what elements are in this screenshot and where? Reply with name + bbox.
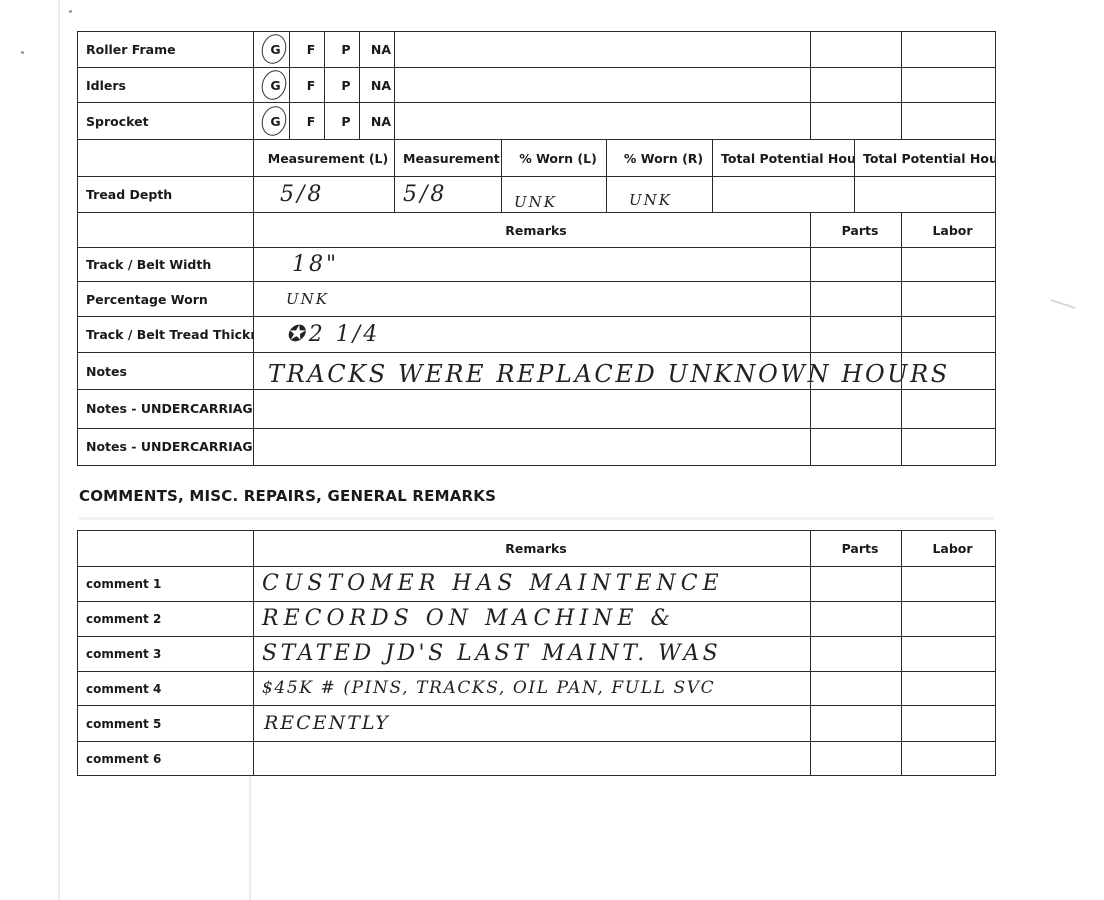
comment-parts-field[interactable] [811, 567, 902, 602]
labor-field[interactable] [902, 282, 996, 317]
comment-parts-field[interactable] [811, 706, 902, 742]
component-remarks[interactable] [395, 68, 811, 103]
comment-label: comment 5 [78, 706, 254, 742]
comments-section-title: COMMENTS, MISC. REPAIRS, GENERAL REMARKS [79, 487, 496, 505]
selected-circle-mark: G [270, 114, 280, 129]
scan-fold-line [58, 0, 60, 900]
labor-field[interactable] [902, 390, 996, 429]
rating-f[interactable]: F [290, 103, 325, 140]
rating-na[interactable]: NA [360, 68, 395, 103]
remarks-field[interactable]: ✪ 2 1/4 [254, 317, 811, 353]
total-potential-hours-r-field[interactable] [855, 177, 996, 213]
undercarriage-row: Percentage Worn UNK [78, 282, 996, 317]
component-row-sprocket: Sprocket G F P NA [78, 103, 996, 140]
rating-p[interactable]: P [325, 103, 360, 140]
tread-depth-label: Tread Depth [78, 177, 254, 213]
comment-row: comment 2 RECORDS ON MACHINE & [78, 602, 996, 637]
comment-label: comment 1 [78, 567, 254, 602]
labor-header: Labor [902, 531, 996, 567]
rating-f[interactable]: F [290, 68, 325, 103]
comment-remarks-field[interactable]: STATED JD'S LAST MAINT. WAS [254, 637, 811, 672]
labor-field[interactable] [902, 429, 996, 466]
comment-remarks-value: $45K # (PINS, TRACKS, OIL PAN, FULL SVC [262, 678, 715, 698]
remarks-header: Remarks [254, 531, 811, 567]
comment-remarks-field[interactable] [254, 742, 811, 776]
scribble-mark: ✪ [286, 322, 304, 347]
worn-l-field[interactable]: UNK [502, 177, 607, 213]
rating-g[interactable]: G [254, 68, 290, 103]
comment-label: comment 4 [78, 672, 254, 706]
rating-na[interactable]: NA [360, 103, 395, 140]
component-parts[interactable] [811, 32, 902, 68]
labor-header: Labor [902, 213, 996, 248]
comment-remarks-field[interactable]: CUSTOMER HAS MAINTENCE [254, 567, 811, 602]
measurement-header-row: Measurement (L) Measurement (R) % Worn (… [78, 140, 996, 177]
comment-parts-field[interactable] [811, 672, 902, 706]
rating-g[interactable]: G [254, 103, 290, 140]
labor-field[interactable] [902, 248, 996, 282]
rating-f[interactable]: F [290, 32, 325, 68]
comment-parts-field[interactable] [811, 637, 902, 672]
empty-label-cell [78, 531, 254, 567]
rating-na[interactable]: NA [360, 32, 395, 68]
worn-r-value: UNK [629, 191, 672, 209]
parts-field[interactable] [811, 429, 902, 466]
comment-labor-field[interactable] [902, 637, 996, 672]
parts-field[interactable] [811, 317, 902, 353]
comment-parts-field[interactable] [811, 742, 902, 776]
component-labor[interactable] [902, 103, 996, 140]
tread-depth-meas-r-field[interactable]: 5/8 [395, 177, 502, 213]
comment-labor-field[interactable] [902, 602, 996, 637]
component-labor[interactable] [902, 68, 996, 103]
total-potential-hours-l-field[interactable] [713, 177, 855, 213]
comment-row: comment 4 $45K # (PINS, TRACKS, OIL PAN,… [78, 672, 996, 706]
remarks-value: 2 1/4 [309, 322, 380, 347]
row-label: Track / Belt Width [78, 248, 254, 282]
comment-remarks-value: CUSTOMER HAS MAINTENCE [262, 571, 724, 596]
remarks-header: Remarks [254, 213, 811, 248]
component-labor[interactable] [902, 32, 996, 68]
component-label: Idlers [78, 68, 254, 103]
remarks-field[interactable]: 18" [254, 248, 811, 282]
comment-row: comment 5 RECENTLY [78, 706, 996, 742]
component-remarks[interactable] [395, 32, 811, 68]
rating-p[interactable]: P [325, 32, 360, 68]
component-label: Sprocket [78, 103, 254, 140]
scan-bleed-line [79, 517, 994, 520]
row-label: Track / Belt Tread Thickness [78, 317, 254, 353]
row-label: Percentage Worn [78, 282, 254, 317]
comment-row: comment 1 CUSTOMER HAS MAINTENCE [78, 567, 996, 602]
component-parts[interactable] [811, 68, 902, 103]
worn-l-header: % Worn (L) [502, 140, 607, 177]
comment-remarks-field[interactable]: RECENTLY [254, 706, 811, 742]
comment-remarks-value: RECENTLY [264, 712, 390, 734]
tread-depth-meas-l-field[interactable]: 5/8 [254, 177, 395, 213]
comment-labor-field[interactable] [902, 706, 996, 742]
remarks-field[interactable] [254, 390, 811, 429]
component-parts[interactable] [811, 103, 902, 140]
measurement-l-header: Measurement (L) [254, 140, 395, 177]
remarks-value: UNK [286, 290, 329, 308]
parts-field[interactable] [811, 390, 902, 429]
measurement-r-header: Measurement (R) [395, 140, 502, 177]
parts-header: Parts [811, 531, 902, 567]
scan-fold-line [249, 775, 251, 900]
comment-row: comment 3 STATED JD'S LAST MAINT. WAS [78, 637, 996, 672]
row-label: Notes - UNDERCARRIAGE 1 [78, 429, 254, 466]
comment-labor-field[interactable] [902, 672, 996, 706]
rating-g[interactable]: G [254, 32, 290, 68]
worn-r-header: % Worn (R) [607, 140, 713, 177]
comment-remarks-field[interactable]: RECORDS ON MACHINE & [254, 602, 811, 637]
comments-header-row: Remarks Parts Labor [78, 531, 996, 567]
component-row-roller-frame: Roller Frame G F P NA [78, 32, 996, 68]
empty-label-cell [78, 140, 254, 177]
remarks-header-row: Remarks Parts Labor [78, 213, 996, 248]
worn-r-field[interactable]: UNK [607, 177, 713, 213]
scan-smudge [1050, 299, 1075, 309]
comment-remarks-value: STATED JD'S LAST MAINT. WAS [262, 641, 721, 666]
empty-label-cell [78, 213, 254, 248]
remarks-value: 18" [292, 252, 339, 277]
comment-parts-field[interactable] [811, 602, 902, 637]
tread-depth-meas-l-value: 5/8 [280, 182, 324, 207]
tread-depth-row: Tread Depth 5/8 5/8 UNK UNK [78, 177, 996, 213]
undercarriage-row: Notes - UNDERCARRIAGE [78, 390, 996, 429]
comment-label: comment 3 [78, 637, 254, 672]
comment-remarks-value: RECORDS ON MACHINE & [262, 606, 675, 631]
undercarriage-inspection-table: Roller Frame G F P NA Idlers G F P NA Sp… [77, 31, 996, 466]
undercarriage-row: Track / Belt Width 18" [78, 248, 996, 282]
comment-labor-field[interactable] [902, 742, 996, 776]
comment-label: comment 2 [78, 602, 254, 637]
worn-l-value: UNK [514, 193, 557, 211]
selected-circle-mark: G [270, 42, 280, 57]
remarks-field[interactable]: UNK [254, 282, 811, 317]
rating-p[interactable]: P [325, 68, 360, 103]
undercarriage-row: Track / Belt Tread Thickness ✪ 2 1/4 [78, 317, 996, 353]
comment-label: comment 6 [78, 742, 254, 776]
undercarriage-row: Notes - UNDERCARRIAGE 1 [78, 429, 996, 466]
notes-handwriting: TRACKS WERE REPLACED UNKNOWN HOURS [268, 362, 950, 386]
parts-field[interactable] [811, 248, 902, 282]
component-row-idlers: Idlers G F P NA [78, 68, 996, 103]
scan-speck [69, 10, 72, 13]
tread-depth-meas-r-value: 5/8 [403, 182, 447, 207]
component-label: Roller Frame [78, 32, 254, 68]
comments-table: Remarks Parts Labor comment 1 CUSTOMER H… [77, 530, 996, 776]
comment-labor-field[interactable] [902, 567, 996, 602]
labor-field[interactable] [902, 317, 996, 353]
row-label: Notes [78, 353, 254, 390]
comment-remarks-field[interactable]: $45K # (PINS, TRACKS, OIL PAN, FULL SVC [254, 672, 811, 706]
selected-circle-mark: G [270, 78, 280, 93]
row-label: Notes - UNDERCARRIAGE [78, 390, 254, 429]
parts-header: Parts [811, 213, 902, 248]
total-potential-hours-r-header: Total Potential Hours (R) [855, 140, 996, 177]
scan-speck [21, 51, 24, 54]
comment-row: comment 6 [78, 742, 996, 776]
parts-field[interactable] [811, 282, 902, 317]
total-potential-hours-l-header: Total Potential Hours (L) [713, 140, 855, 177]
remarks-field[interactable] [254, 429, 811, 466]
component-remarks[interactable] [395, 103, 811, 140]
